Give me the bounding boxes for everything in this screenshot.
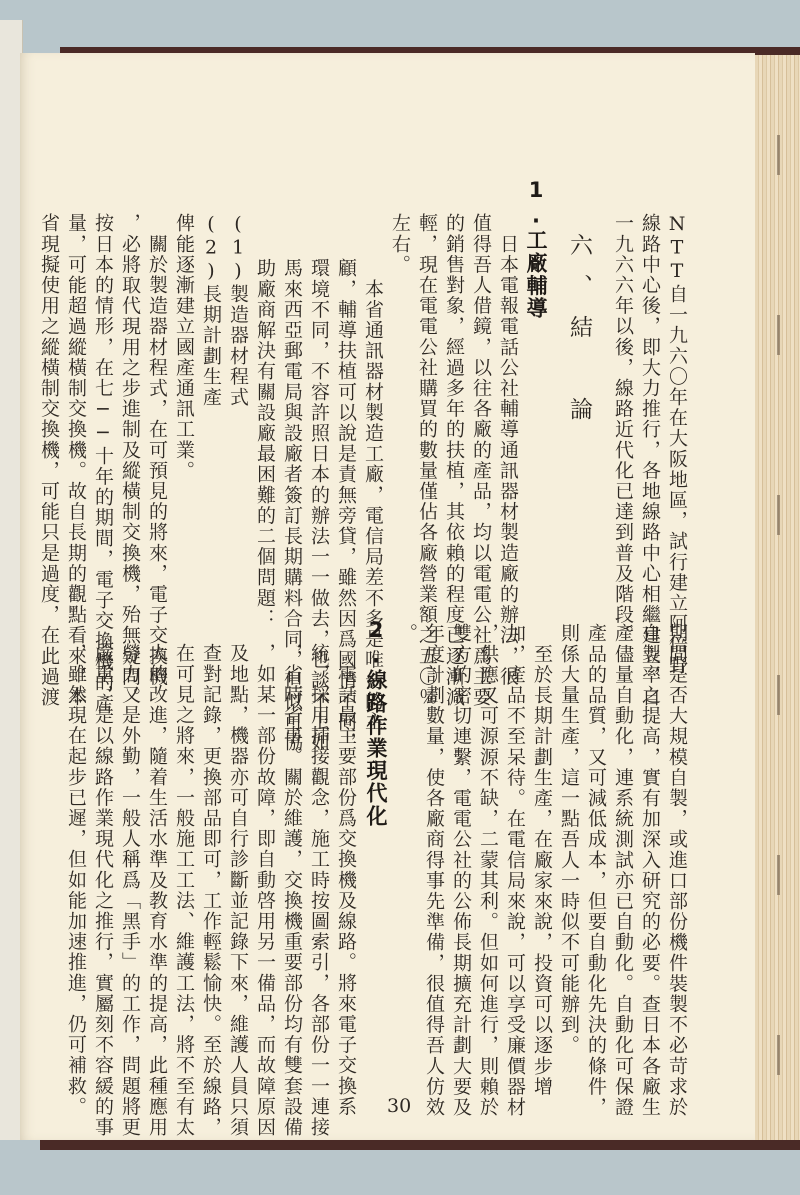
paragraph-line: 加，產品不至呆待。在電信局來說，可以享受廉價器材 — [501, 623, 528, 1117]
paragraph-line: 則係大量生產，這一點吾人一時似不可能辦到。 — [555, 623, 582, 1056]
page-number: 30 — [387, 1095, 411, 1117]
paragraph-line: 自製率之提高，實有加深入研究的必要。查日本各廠生 — [636, 623, 663, 1117]
page-stack-edges — [755, 55, 800, 1140]
list-item: (2)長期計劃生產 — [197, 213, 224, 407]
paragraph-line: 省現擬使用之縱橫制交換機，可能只是過度，在此過渡 — [35, 213, 62, 707]
paragraph-line: 統，採用揷接觀念，施工時按圖索引，各部份一一連接 — [305, 643, 332, 1137]
paragraph-line: ，必將取代現用之步進制及縱橫制交換機，殆無疑問。 — [116, 213, 143, 707]
subsection-heading-1: 1.工廠輔導 — [522, 178, 549, 320]
paragraph-line: ，雖然現在起步已遲，但如能加速推進，仍可補救。 — [62, 643, 89, 1117]
paragraph-line: 勞力又是外勤，一般人稱爲「黑手」的工作，問題將更 — [116, 643, 143, 1137]
paragraph-line: 助廠商解決有關設廠最困難的二個問題： — [251, 258, 278, 629]
paragraph-line: 左右。 — [386, 213, 413, 275]
intro-line: NTT自一九六〇年在大阪地區，試行建立阿倍野 — [663, 213, 690, 675]
list-item: 俾能逐漸建立國產通訊工業。 — [170, 213, 197, 481]
section-title: 六、結 論 — [565, 233, 592, 438]
paragraph-line: 。 — [393, 623, 420, 644]
paragraph-line: 查對記錄，更換部品即可，工作輕鬆愉快。至於線路， — [197, 643, 224, 1137]
page-edge-marks — [777, 55, 780, 1140]
paragraph-line: ，供應又可源源不缺，二蒙其利。但如何進行，則賴於 — [474, 623, 501, 1117]
paragraph-line: 在可見之將來，一般施工工法、維護工法，將不至有太 — [170, 643, 197, 1137]
paragraph-line: 大的改進，隨着生活水準及教育水準的提高，此種應用 — [143, 643, 170, 1137]
paragraph-line: 按日本的情形，在七──十年的期間，電子交換機的產 — [89, 213, 116, 713]
subsection-heading-2: 2.線路作業現代化 — [362, 618, 389, 827]
paragraph-line: 量，可能超過縱橫制交換機。故自長期的觀點看來，本 — [62, 213, 89, 707]
paragraph-line: ，省時省事。關於維護，交換機重要部份均有雙套設備 — [278, 643, 305, 1137]
paragraph-line: 日本電報電話公社輔導通訊器材製造廠的辦法，很 — [494, 213, 521, 687]
paragraph-line: 電話最主要部份爲交換機及線路。將來電子交換系 — [332, 643, 359, 1117]
paragraph-line: ，如某一部份故障，即自動啓用另一備品，而故障原因 — [251, 643, 278, 1137]
paragraph-line: 至於長期計劃生產，在廠家來說，投資可以逐步增 — [528, 623, 555, 1097]
book-page: NTT自一九六〇年在大阪地區，試行建立阿倍野 線路中心後，即大力推行，各地線路中… — [20, 53, 755, 1140]
paragraph-line: 及地點，機器亦可自行診斷並記錄下來，維護人員只須 — [224, 643, 251, 1137]
paragraph-line: 嚴重，是以線路作業現代化之推行，實屬刻不容緩的事 — [89, 643, 116, 1137]
intro-line: 一九六六年以後，線路近代化已達到普及階段。 — [609, 213, 636, 646]
paragraph-line: 產品的品質，又可減低成本，但要自動化先決的條件， — [582, 623, 609, 1117]
paragraph-line: 雙方的密切連繫，電電公社的公佈長期擴充計劃大要及 — [447, 623, 474, 1117]
list-item: (1)製造器材程式 — [224, 213, 251, 407]
paragraph-line: 關於製造器材程式，在可預見的將來，電子交換機 — [143, 213, 170, 687]
paragraph-line: 年度計劃數量，使各廠商得事先準備，很值得吾人仿效 — [420, 623, 447, 1117]
paragraph-line: 期間是否大規模自製，或進口部份機件裝製不必苛求於 — [663, 623, 690, 1117]
paragraph-line: 產儘量自動化，連系統測試亦已自動化。自動化可保證 — [609, 623, 636, 1117]
